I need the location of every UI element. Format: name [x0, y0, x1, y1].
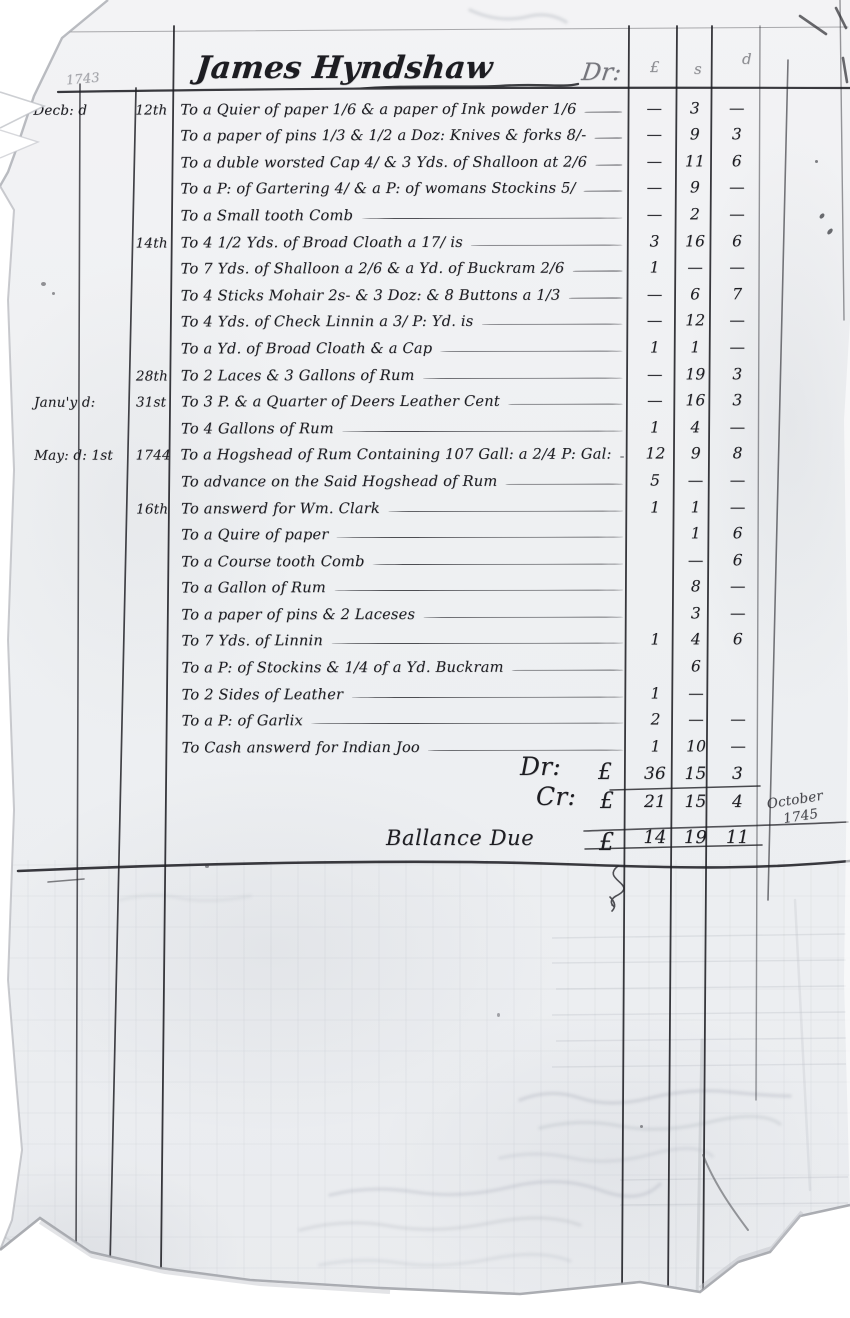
ledger-page: 1743 James Hyndshaw Dr: £ s d Decb: d 12…	[0, 0, 850, 1318]
torn-edges	[0, 0, 850, 1318]
